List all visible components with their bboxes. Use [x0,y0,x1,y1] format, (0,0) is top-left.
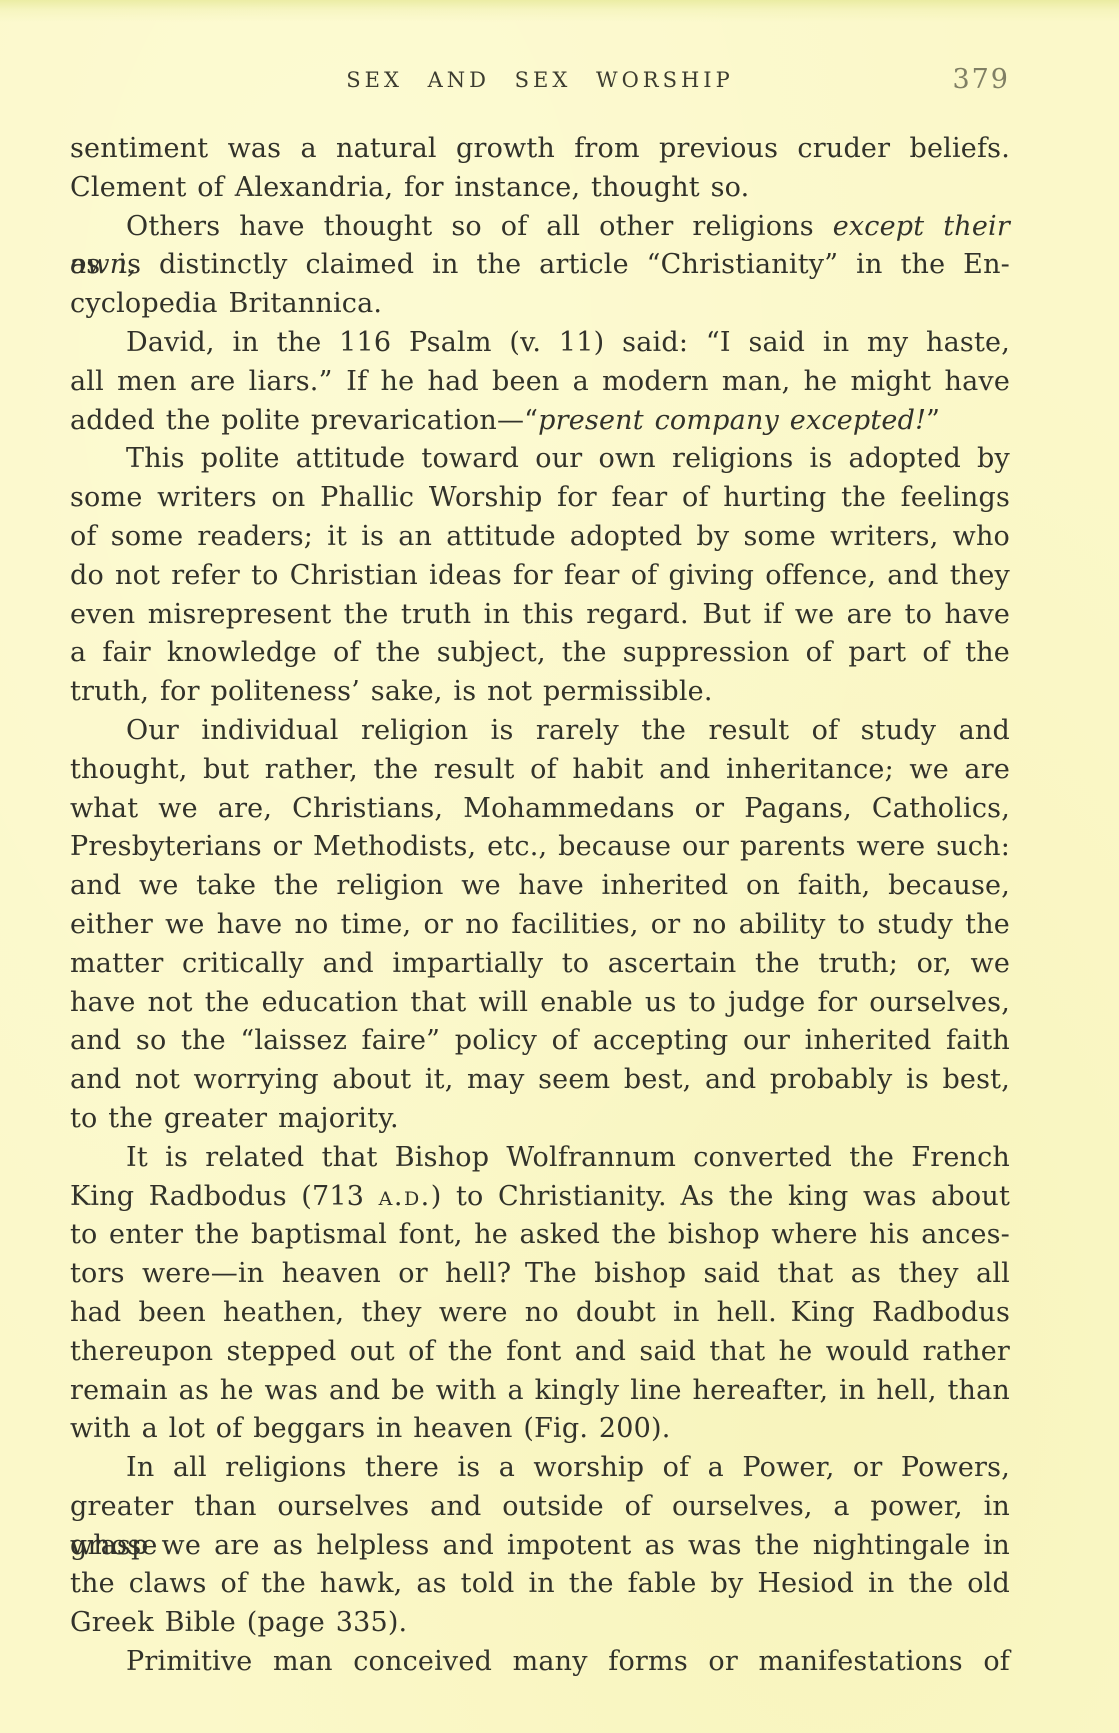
text-segment: remain as he was and be with a kingly li… [70,1375,1010,1406]
text-segment: ” [926,405,940,436]
text-segment: thereupon stepped out of the font and sa… [70,1336,1010,1367]
text-line: David, in the 116 Psalm (v. 11) said: “I… [70,324,1010,363]
text-line: and not worrying about it, may seem best… [70,1061,1010,1100]
text-segment: had been heathen, they were no doubt in … [70,1297,1010,1328]
text-segment: and we take the religion we have inherit… [70,870,1010,901]
text-line: and so the “laissez faire” policy of acc… [70,1022,1010,1061]
text-segment: In all religions there is a worship of a… [126,1452,1010,1483]
small-caps-text: a.d. [379,1181,431,1212]
text-segment: ) to Christianity. As the king was about [431,1181,1010,1212]
text-segment: some writers on Phallic Worship for fear… [70,482,1010,513]
text-segment: matter critically and impartially to asc… [70,948,1010,979]
text-segment: as is distinctly claimed in the article … [70,249,1010,280]
body-text: sentiment was a natural growth from prev… [70,130,1010,1682]
text-line: of some readers; it is an attitude adopt… [70,518,1010,557]
italic-text: present company excepted! [538,405,926,436]
text-line: remain as he was and be with a kingly li… [70,1372,1010,1411]
text-segment: sentiment was a natural growth from prev… [70,133,1010,164]
text-line: It is related that Bishop Wolfrannum con… [70,1139,1010,1178]
text-segment: either we have no time, or no facilities… [70,909,1010,940]
text-segment: Our individual religion is rarely the re… [126,715,1010,746]
text-line: In all religions there is a worship of a… [70,1449,1010,1488]
text-segment: David, in the 116 Psalm (v. 11) said: “I… [126,327,1010,358]
text-line: Our individual religion is rarely the re… [70,712,1010,751]
text-line: have not the education that will enable … [70,984,1010,1023]
text-line: had been heathen, they were no doubt in … [70,1294,1010,1333]
text-line: matter critically and impartially to asc… [70,945,1010,984]
text-segment: tors were—in heaven or hell? The bishop … [70,1258,1010,1289]
text-line: all men are liars.” If he had been a mod… [70,363,1010,402]
text-segment: It is related that Bishop Wolfrannum con… [126,1142,1010,1173]
text-line: the claws of the hawk, as told in the fa… [70,1565,1010,1604]
text-segment: Others have thought so of all other reli… [126,211,833,242]
text-line: This polite attitude toward our own reli… [70,440,1010,479]
text-line: to enter the baptismal font, he asked th… [70,1216,1010,1255]
page-number: 379 [952,64,1010,95]
text-segment: and so the “laissez faire” policy of acc… [70,1025,1010,1056]
text-line: some writers on Phallic Worship for fear… [70,479,1010,518]
text-line: do not refer to Christian ideas for fear… [70,557,1010,596]
text-line: a fair knowledge of the subject, the sup… [70,634,1010,673]
text-line: Others have thought so of all other reli… [70,208,1010,247]
text-segment: all men are liars.” If he had been a mod… [70,366,1010,397]
text-segment: Presbyterians or Methodists, etc., becau… [70,831,1010,862]
text-segment: King Radbodus (713 [70,1181,379,1212]
text-line: sentiment was a natural growth from prev… [70,130,1010,169]
text-line: as is distinctly claimed in the article … [70,246,1010,285]
text-line: either we have no time, or no facilities… [70,906,1010,945]
text-line: greater than ourselves and outside of ou… [70,1488,1010,1527]
text-segment: what we are, Christians, Mohammedans or … [70,793,1010,824]
text-segment: Primitive man conceived many forms or ma… [126,1646,1010,1677]
text-line: King Radbodus (713 a.d.) to Christianity… [70,1178,1010,1217]
text-segment: added the polite prevarication—“ [70,405,538,436]
text-line: Clement of Alexandria, for instance, tho… [70,169,1010,208]
text-segment: and not worrying about it, may seem best… [70,1064,1010,1095]
text-line: to the greater majority. [70,1100,1010,1139]
text-segment: a fair knowledge of the subject, the sup… [70,637,1010,668]
text-line: tors were—in heaven or hell? The bishop … [70,1255,1010,1294]
text-line: Presbyterians or Methodists, etc., becau… [70,828,1010,867]
text-segment: of some readers; it is an attitude adopt… [70,521,1010,552]
scanned-book-page: SEX AND SEX WORSHIP 379 sentiment was a … [0,0,1119,1733]
running-header-title: SEX AND SEX WORSHIP [70,68,1010,92]
text-segment: grasp we are as helpless and impotent as… [70,1530,1010,1561]
text-line: grasp we are as helpless and impotent as… [70,1527,1010,1566]
running-header: SEX AND SEX WORSHIP 379 [70,68,1010,108]
text-line: thereupon stepped out of the font and sa… [70,1333,1010,1372]
text-segment: the claws of the hawk, as told in the fa… [70,1568,1010,1599]
text-segment: Clement of Alexandria, for instance, tho… [70,172,749,203]
text-segment: to enter the baptismal font, he asked th… [70,1219,1010,1250]
text-segment: with a lot of beggars in heaven (Fig. 20… [70,1413,671,1444]
text-line: and we take the religion we have inherit… [70,867,1010,906]
text-line: Greek Bible (page 335). [70,1604,1010,1643]
text-segment: do not refer to Christian ideas for fear… [70,560,1010,591]
text-segment: have not the education that will enable … [70,987,1010,1018]
text-line: truth, for politeness’ sake, is not perm… [70,673,1010,712]
text-line: added the polite prevarication—“present … [70,402,1010,441]
text-line: Primitive man conceived many forms or ma… [70,1643,1010,1682]
text-line: what we are, Christians, Mohammedans or … [70,790,1010,829]
text-line: even misrepresent the truth in this rega… [70,596,1010,635]
text-segment: even misrepresent the truth in this rega… [70,599,1010,630]
text-segment: This polite attitude toward our own reli… [126,443,1010,474]
text-line: thought, but rather, the result of habit… [70,751,1010,790]
text-line: with a lot of beggars in heaven (Fig. 20… [70,1410,1010,1449]
text-segment: cyclopedia Britannica. [70,288,382,319]
text-segment: thought, but rather, the result of habit… [70,754,1010,785]
text-segment: to the greater majority. [70,1103,399,1134]
text-segment: truth, for politeness’ sake, is not perm… [70,676,713,707]
text-line: cyclopedia Britannica. [70,285,1010,324]
text-segment: Greek Bible (page 335). [70,1607,407,1638]
